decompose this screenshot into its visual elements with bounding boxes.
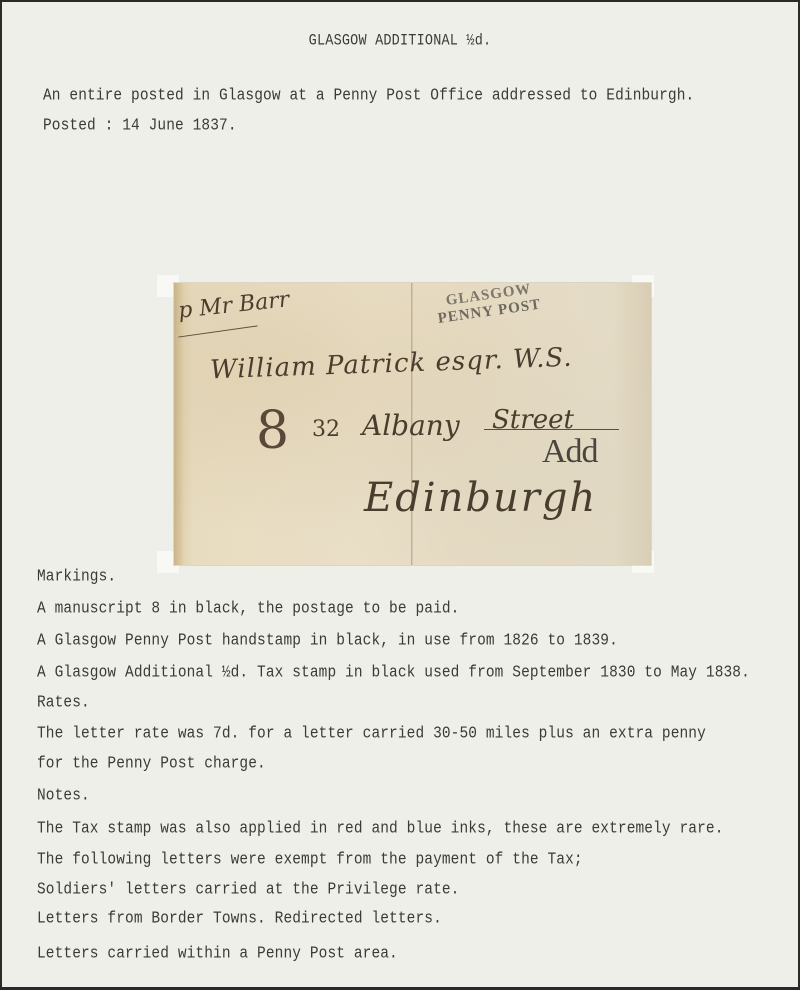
intro-line-1: An entire posted in Glasgow at a Penny P… (43, 87, 694, 105)
manuscript-underline (178, 325, 257, 337)
street-name: Albany (362, 409, 460, 442)
notes-line-1: The Tax stamp was also applied in red an… (37, 820, 724, 838)
rates-heading: Rates. (37, 694, 90, 712)
notes-line-3: Soldiers' letters carried at the Privile… (37, 881, 459, 899)
markings-heading: Markings. (37, 568, 116, 586)
manuscript-per-note: p Mr Barr (177, 287, 290, 324)
postal-cover-image: p Mr Barr GLASGOW PENNY POST William Pat… (174, 283, 651, 565)
markings-line-1: A manuscript 8 in black, the postage to … (37, 600, 459, 618)
notes-line-2: The following letters were exempt from t… (37, 851, 583, 869)
rates-line-2: for the Penny Post charge. (37, 755, 266, 773)
additional-tax-stamp: Add (542, 433, 598, 471)
street-strikethrough (484, 429, 619, 430)
exhibit-page: GLASGOW ADDITIONAL ½d. An entire posted … (2, 2, 798, 987)
page-title: GLASGOW ADDITIONAL ½d. (2, 33, 798, 50)
intro-line-2: Posted : 14 June 1837. (43, 117, 237, 135)
addressee-name: William Patrick esqr. W.S. (210, 343, 573, 386)
manuscript-postage-8: 8 (256, 401, 289, 461)
city-name: Edinburgh (364, 475, 597, 521)
markings-line-2: A Glasgow Penny Post handstamp in black,… (37, 632, 618, 650)
street-word: Street (492, 405, 574, 435)
notes-heading: Notes. (37, 787, 90, 805)
notes-line-4: Letters from Border Towns. Redirected le… (37, 910, 442, 928)
street-number: 32 (312, 417, 340, 442)
notes-line-5: Letters carried within a Penny Post area… (37, 945, 398, 963)
cover-edge-shading (174, 283, 184, 565)
rates-line-1: The letter rate was 7d. for a letter car… (37, 725, 706, 743)
markings-line-3: A Glasgow Additional ½d. Tax stamp in bl… (37, 664, 750, 682)
